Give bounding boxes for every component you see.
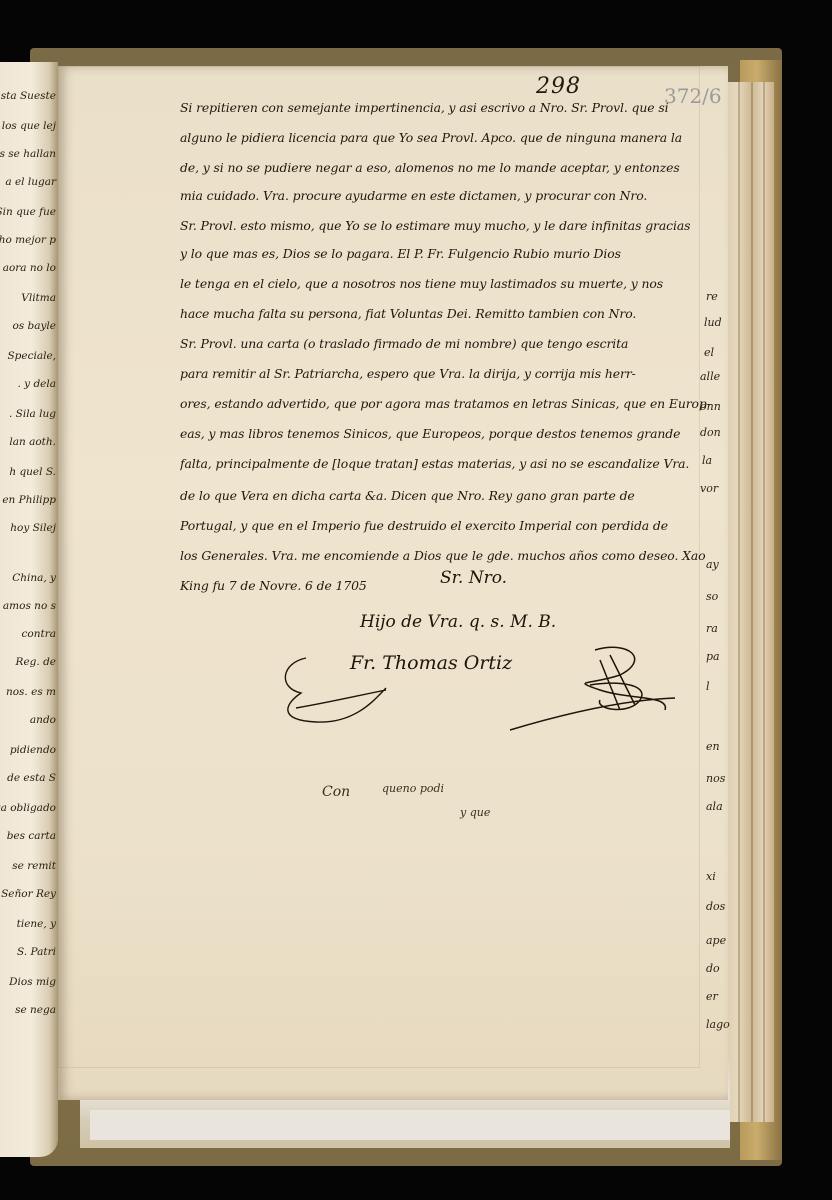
left-page-fragment: ho mejor p <box>0 234 56 246</box>
margin-fragment: l <box>706 680 710 693</box>
letter-line: de lo que Vera en dicha carta &a. Dicen … <box>180 488 720 503</box>
margin-fragment: ay <box>706 558 719 571</box>
left-page-fragment: iza obligado <box>0 802 56 814</box>
left-page-fragment: de esta S <box>7 772 56 784</box>
left-page-fragment: . Sila lug <box>9 408 56 420</box>
manuscript-photo: hasta Sueste los que lej todos se hallan… <box>0 0 832 1200</box>
left-page-fragment: Reg. de <box>16 656 56 668</box>
bleedthrough-text: Con <box>322 784 350 800</box>
left-page-fragment: pidiendo <box>10 744 56 756</box>
margin-fragment: so <box>706 590 718 603</box>
left-page-fragment: en Philipp <box>2 494 56 506</box>
margin-fragment: do <box>706 962 720 975</box>
margin-fragment: ra <box>706 622 718 635</box>
left-page-fragment: China, y <box>12 572 56 584</box>
left-page-fragment: hasta Sueste <box>0 90 56 102</box>
left-page-fragment: los que lej <box>2 120 56 132</box>
letter-line: de, y si no se pudiere negar a eso, alom… <box>180 160 720 175</box>
margin-fragment: lud <box>704 316 722 329</box>
letter-line: eas, y mas libros tenemos Sinicos, que E… <box>180 426 720 441</box>
left-page-fragment: amos no s <box>3 600 56 612</box>
left-page-fragment: lan aoth. <box>9 436 56 448</box>
letter-line: hace mucha falta su persona, fiat Volunt… <box>180 306 720 321</box>
closing-salutation: Sr. Nro. <box>440 568 507 588</box>
letter-line: ores, estando advertido, que por agora m… <box>180 396 720 411</box>
left-page-fragment: S. Patri <box>17 946 56 958</box>
left-page-fragment: a el lugar <box>5 176 56 188</box>
bleedthrough-text: y que <box>460 806 490 819</box>
letter-line: y lo que mas es, Dios se lo pagara. El P… <box>180 246 720 261</box>
left-page-fragment: Dios mig <box>9 976 56 988</box>
margin-fragment: nos <box>706 772 725 785</box>
left-page-fragment: Señor Rey <box>1 888 56 900</box>
left-page-fragment: bes carta <box>7 830 56 842</box>
letter-line: para remitir al Sr. Patriarcha, espero q… <box>180 366 720 381</box>
letter-line: Sr. Provl. una carta (o traslado firmado… <box>180 336 720 351</box>
left-page-fragment: Speciale, <box>7 350 56 362</box>
bleedthrough-text: queno podi <box>382 782 444 795</box>
margin-fragment: onn <box>700 400 721 413</box>
margin-fragment: ape <box>706 934 726 947</box>
left-page-fragment: se remit <box>12 860 56 872</box>
margin-fragment: er <box>706 990 718 1003</box>
letter-line: alguno le pidiera licencia para que Yo s… <box>180 130 720 145</box>
left-page-fragment: contra <box>22 628 56 640</box>
letter-line: Si repitieren con semejante impertinenci… <box>180 100 720 115</box>
folio-number: 298 <box>536 74 581 99</box>
left-page-fragment: hoy Silej <box>10 522 56 534</box>
closing-formula: Hijo de Vra. q. s. M. B. <box>360 612 556 632</box>
margin-fragment: ala <box>706 800 723 813</box>
left-page-fragment: Sin que fue <box>0 206 56 218</box>
signature-rubric-icon <box>500 640 680 735</box>
letter-line: Sr. Provl. esto mismo, que Yo se lo esti… <box>180 218 720 233</box>
margin-fragment: vor <box>700 482 718 495</box>
left-page-fragment: todos se hallan <box>0 148 56 160</box>
underlying-page-white <box>90 1110 730 1140</box>
letter-line: mia cuidado. Vra. procure ayudarme en es… <box>180 188 720 203</box>
left-page-fragment: ando <box>30 714 56 726</box>
left-page-fragment: tiene, y <box>17 918 56 930</box>
margin-fragment: el <box>704 346 714 359</box>
margin-fragment: en <box>706 740 720 753</box>
margin-fragment: lago <box>706 1018 730 1031</box>
left-page-fragment: se nega <box>15 1004 56 1016</box>
margin-fragment: alle <box>700 370 720 383</box>
margin-fragment: pa <box>706 650 720 663</box>
letter-line: Portugal, y que en el Imperio fue destru… <box>180 518 720 533</box>
margin-fragment: dos <box>706 900 725 913</box>
letter-line: falta, principalmente de [loque tratan] … <box>180 456 720 471</box>
left-page-fragment: os bayle <box>12 320 56 332</box>
left-page-fragment: h quel S. <box>9 466 56 478</box>
margin-fragment: don <box>700 426 721 439</box>
left-page-fragment: . y dela <box>18 378 57 390</box>
margin-fragment: la <box>702 454 712 467</box>
left-page-fragment: Vlitma <box>21 292 56 304</box>
letter-line: le tenga en el cielo, que a nosotros nos… <box>180 276 720 291</box>
left-page-fragment: aora no lo <box>3 262 56 274</box>
letter-line: los Generales. Vra. me encomiende a Dios… <box>180 548 720 563</box>
left-page-fragment: nos. es m <box>6 686 56 698</box>
signature-flourish-icon <box>276 648 396 726</box>
margin-fragment: xi <box>706 870 716 883</box>
margin-fragment: re <box>706 290 718 303</box>
left-page: hasta Sueste los que lej todos se hallan… <box>0 62 58 1157</box>
